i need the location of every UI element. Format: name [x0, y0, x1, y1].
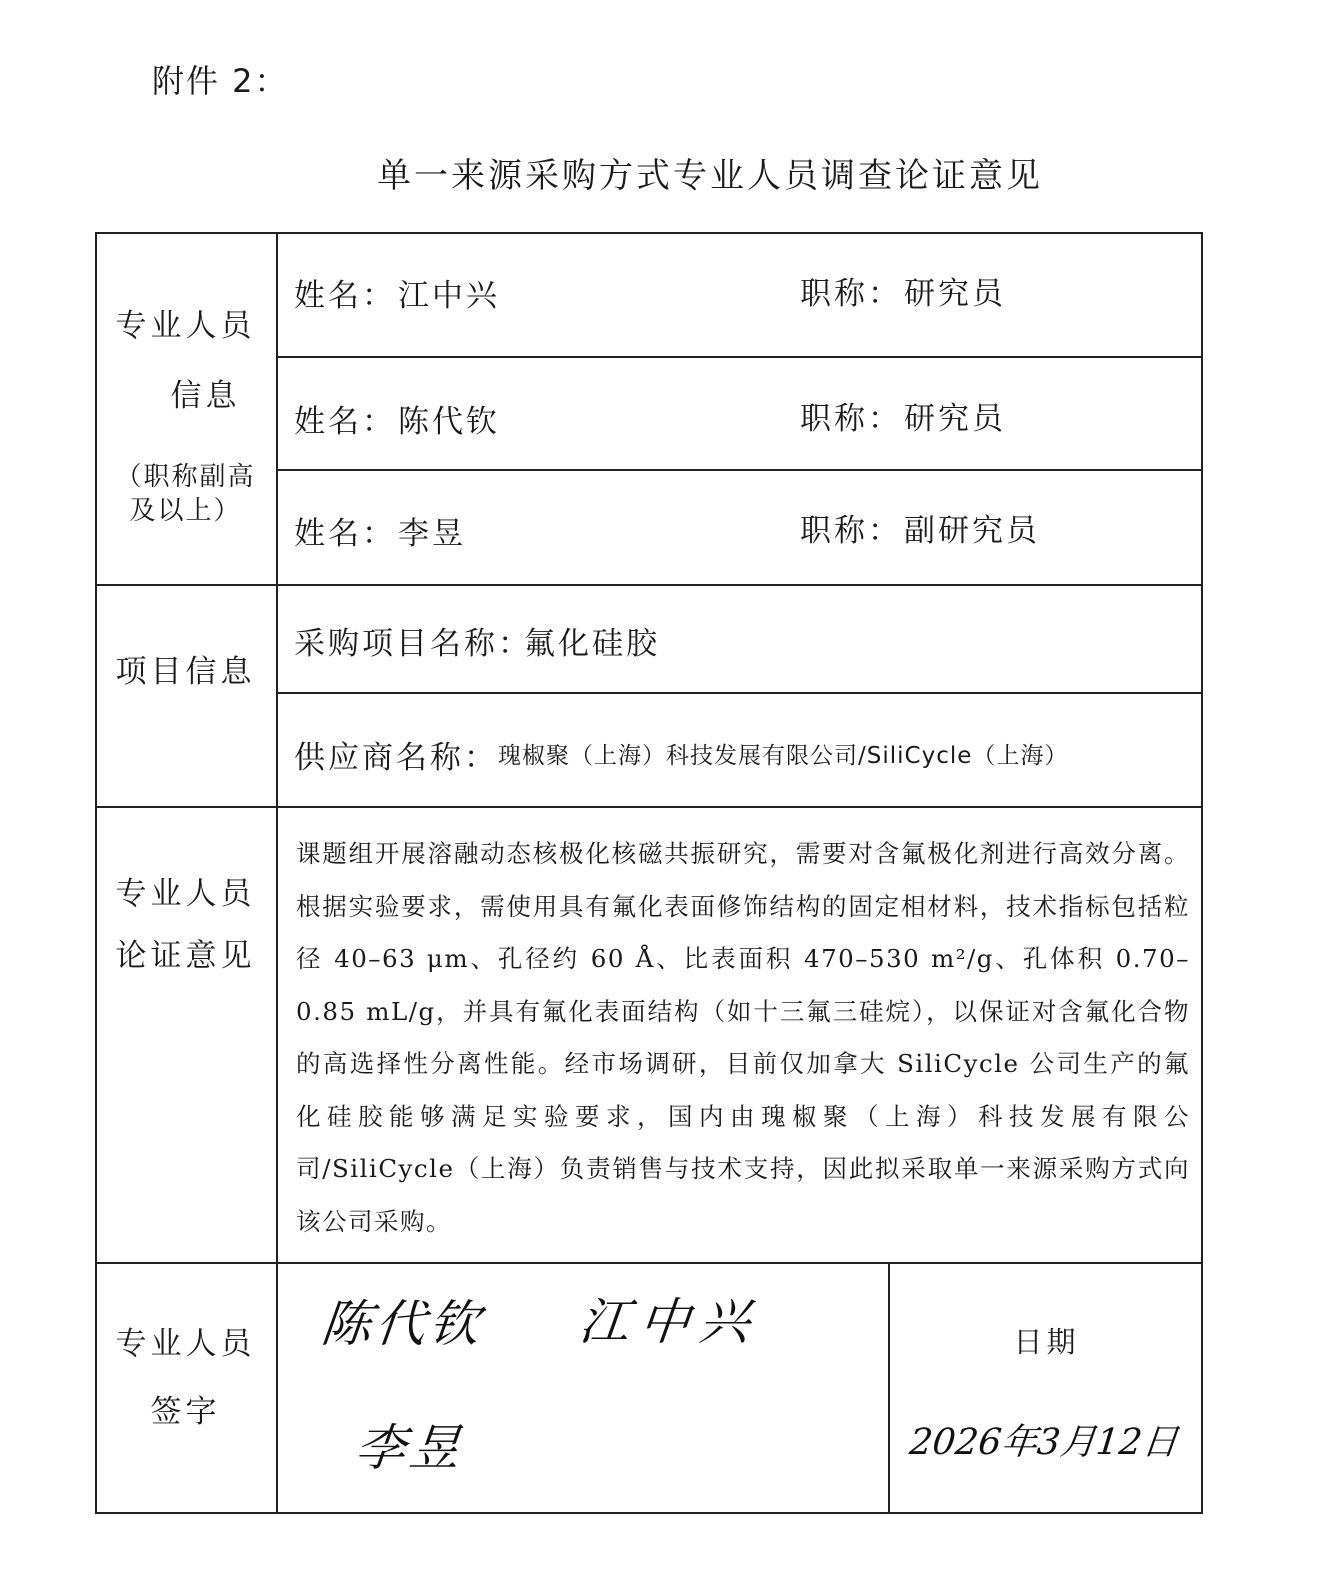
- experts-label-line1: 专业人员: [95, 300, 276, 345]
- handwritten-signature: 李昱: [352, 1408, 468, 1480]
- opinion-label-line2: 论证意见: [95, 930, 276, 975]
- project-name: 氟化硅胶: [524, 618, 660, 663]
- experts-label-note-line1: （职称副高: [95, 456, 276, 493]
- document-title: 单一来源采购方式专业人员调查论证意见: [0, 148, 1329, 197]
- handwritten-signature: 陈代钦: [318, 1284, 488, 1356]
- expert-title: 研究员: [904, 393, 1006, 438]
- row-divider: [276, 356, 1203, 358]
- expert-title: 研究员: [904, 268, 1006, 313]
- handwritten-date: 2026年3月12日: [907, 1414, 1181, 1465]
- row-divider: [276, 469, 1203, 471]
- section-divider: [95, 806, 1203, 808]
- expert-title-label: 职称：: [800, 268, 902, 313]
- supplier-label: 供应商名称：: [294, 732, 498, 777]
- date-label: 日期: [890, 1320, 1203, 1361]
- attachment-label: 附件 2：: [152, 56, 289, 102]
- project-name-label: 采购项目名称：: [294, 618, 532, 663]
- expert-name-label: 姓名：: [294, 270, 396, 315]
- section-divider: [95, 584, 1203, 586]
- expert-title-label: 职称：: [800, 393, 902, 438]
- expert-title-label: 职称：: [800, 505, 902, 550]
- row-divider: [276, 692, 1203, 694]
- opinion-label-line1: 专业人员: [95, 868, 276, 913]
- column-divider: [276, 232, 278, 1514]
- signature-label-line1: 专业人员: [95, 1318, 276, 1363]
- signature-label-line2: 签字: [95, 1386, 276, 1431]
- expert-name: 陈代钦: [398, 396, 500, 441]
- opinion-text: 课题组开展溶融动态核极化核磁共振研究，需要对含氟极化剂进行高效分离。根据实验要求…: [296, 828, 1190, 1248]
- project-label: 项目信息: [95, 646, 276, 691]
- expert-name-label: 姓名：: [294, 396, 396, 441]
- expert-name-label: 姓名：: [294, 508, 396, 553]
- expert-name: 李昱: [398, 508, 466, 553]
- section-divider: [95, 1262, 1203, 1264]
- expert-name: 江中兴: [398, 270, 500, 315]
- handwritten-signature: 江中兴: [576, 1282, 764, 1354]
- date-column-divider: [888, 1262, 890, 1514]
- supplier-name: 瑰椒聚（上海）科技发展有限公司/SiliCycle（上海）: [498, 737, 1068, 770]
- expert-title: 副研究员: [904, 505, 1040, 550]
- experts-label-line2: 信息: [115, 370, 296, 415]
- experts-label-note-line2: 及以上）: [95, 490, 276, 527]
